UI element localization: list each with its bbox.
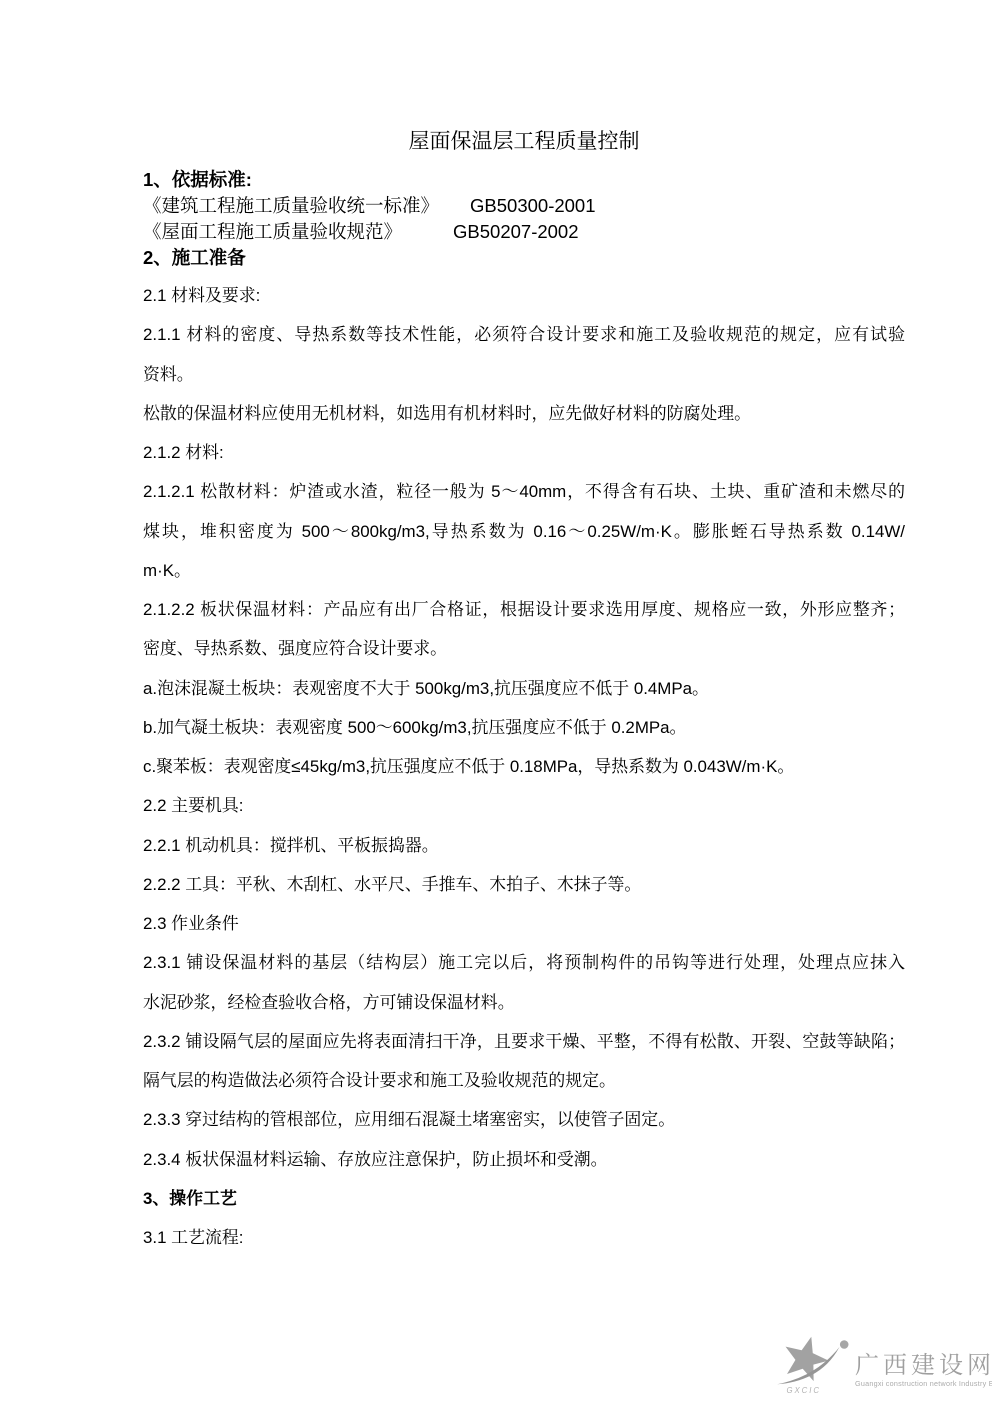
tab-spacer — [439, 207, 470, 208]
para-work-conditions: 2.3 作业条件 — [143, 904, 905, 943]
document-page: 屋面保温层工程质量控制 1、依据标准: 《建筑工程施工质量验收统一标准》GB50… — [0, 0, 992, 1403]
para-2-2-2: 2.2.2 工具：平秋、木刮杠、水平尺、手推车、木拍子、木抹子等。 — [143, 865, 905, 904]
para-2-1-2-1-line-1: 2.1.2.1 松散材料：炉渣或水渣，粒径一般为 5～40mm，不得含有石块、土… — [143, 472, 905, 511]
para-2-1-2-2-line-1: 2.1.2.2 板状保温材料：产品应有出厂合格证，根据设计要求选用厚度、规格应一… — [143, 590, 905, 629]
document-body: 2.1 材料及要求: 2.1.1 材料的密度、导热系数等技术性能，必须符合设计要… — [143, 276, 905, 1257]
para-2-1-1-line-2: 资料。 — [143, 355, 905, 394]
standard-name-2: 《屋面工程施工质量验收规范》 — [143, 221, 402, 242]
para-main-tools-heading: 2.2 主要机具: — [143, 786, 905, 825]
standard-row-1: 《建筑工程施工质量验收统一标准》GB50300-2001 — [143, 193, 905, 219]
standard-name-1: 《建筑工程施工质量验收统一标准》 — [143, 195, 439, 216]
heading-standards: 1、依据标准: — [143, 167, 905, 193]
para-2-3-1-line-1: 2.3.1 铺设保温材料的基层（结构层）施工完以后，将预制构件的吊钩等进行处理，… — [143, 943, 905, 982]
para-2-3-4: 2.3.4 板状保温材料运输、存放应注意保护，防止损坏和受潮。 — [143, 1140, 905, 1179]
para-item-b: b.加气凝土板块：表观密度 500～600kg/m3,抗压强度应不低于 0.2M… — [143, 708, 905, 747]
watermark-text-block: 广西建设网 Guangxi construction network Indus… — [855, 1332, 992, 1389]
page-title: 屋面保温层工程质量控制 — [143, 127, 905, 157]
tab-spacer — [402, 233, 453, 234]
para-2-2-1: 2.2.1 机动机具：搅拌机、平板振捣器。 — [143, 826, 905, 865]
para-2-3-2-line-2: 隔气层的构造做法必须符合设计要求和施工及验收规范的规定。 — [143, 1061, 905, 1100]
para-2-1-2-2-line-2: 密度、导热系数、强度应符合设计要求。 — [143, 629, 905, 668]
star-logo-icon: GXCIC — [774, 1332, 852, 1396]
para-2-1-2-1-line-3: m·K。 — [143, 551, 905, 590]
para-2-1-1-line-1: 2.1.1 材料的密度、导热系数等技术性能，必须符合设计要求和施工及验收规范的规… — [143, 315, 905, 354]
para-2-3-1-line-2: 水泥砂浆，经检查验收合格，方可铺设保温材料。 — [143, 983, 905, 1022]
watermark-caption: Guangxi construction network Industry Ed… — [855, 1379, 992, 1389]
document-content: 屋面保温层工程质量控制 1、依据标准: 《建筑工程施工质量验收统一标准》GB50… — [143, 0, 905, 1257]
standard-code-2: GB50207-2002 — [453, 221, 579, 242]
watermark: GXCIC 广西建设网 Guangxi construction network… — [774, 1332, 990, 1398]
watermark-logo-text: GXCIC — [786, 1386, 820, 1395]
standard-row-2: 《屋面工程施工质量验收规范》GB50207-2002 — [143, 219, 905, 245]
para-2-1-2-1-line-2: 煤块，堆积密度为 500～800kg/m3,导热系数为 0.16～0.25W/m… — [143, 512, 905, 551]
para-3-1: 3.1 工艺流程: — [143, 1218, 905, 1257]
standard-code-1: GB50300-2001 — [470, 195, 596, 216]
para-2-3-3: 2.3.3 穿过结构的管根部位，应用细石混凝土堵塞密实，以使管子固定。 — [143, 1100, 905, 1139]
para-loose-material-note: 松散的保温材料应使用无机材料，如选用有机材料时，应先做好材料的防腐处理。 — [143, 394, 905, 433]
para-item-c: c.聚苯板：表观密度≤45kg/m3,抗压强度应不低于 0.18MPa，导热系数… — [143, 747, 905, 786]
watermark-site-name: 广西建设网 — [855, 1353, 992, 1379]
para-item-a: a.泡沫混凝土板块：表观密度不大于 500kg/m3,抗压强度应不低于 0.4M… — [143, 669, 905, 708]
heading-operation-process: 3、操作工艺 — [143, 1179, 905, 1218]
para-2-1-2: 2.1.2 材料: — [143, 433, 905, 472]
para-materials-requirements: 2.1 材料及要求: — [143, 276, 905, 315]
para-2-3-2-line-1: 2.3.2 铺设隔气层的屋面应先将表面清扫干净，且要求干燥、平整，不得有松散、开… — [143, 1022, 905, 1061]
heading-preparation: 2、施工准备 — [143, 245, 905, 271]
